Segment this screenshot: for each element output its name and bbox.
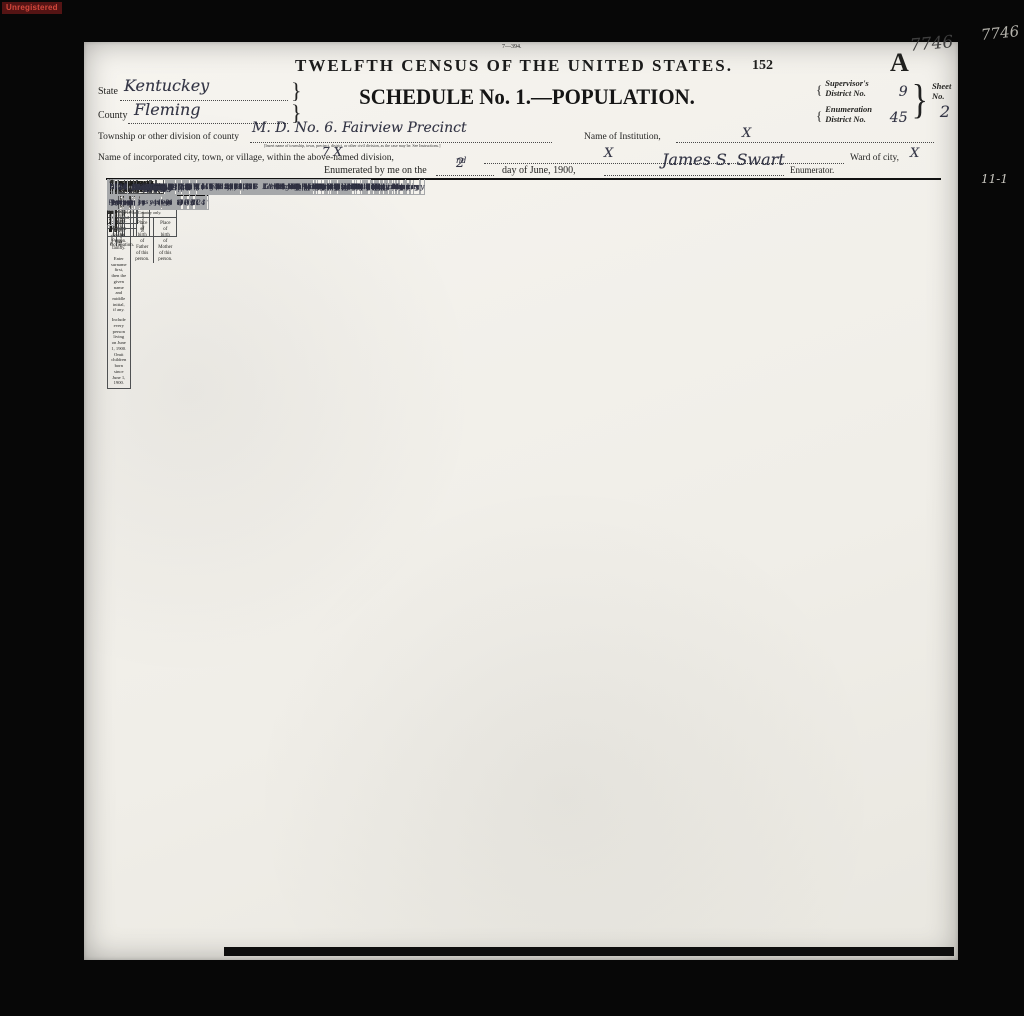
supervisor-district-value: 9 [899, 84, 908, 100]
institution-label: Name of Institution, [584, 132, 661, 142]
enumeration-district-value: 45 [890, 110, 908, 126]
ward-label: Ward of city, [850, 153, 899, 163]
brace-glyph: { [816, 108, 822, 124]
film-side-number: 11-1 [981, 172, 1008, 186]
father-birthplace-cell: Kentuckey [301, 180, 340, 195]
mother-birthplace-column-header: Place of birth of Mother of this person. [153, 218, 176, 263]
enumeration-district-label: Enumeration District No. [825, 104, 887, 124]
census-page-scan: 7746 7—394. TWELFTH CENSUS OF THE UNITED… [84, 42, 958, 960]
district-block: { Supervisor's District No. 9 { Enumerat… [816, 78, 958, 124]
blank-line [604, 174, 784, 176]
county-value: Fleming [134, 100, 201, 119]
ward-value: X [910, 146, 919, 161]
township-instruction-note: [Insert name of township, town, precinct… [264, 143, 564, 148]
viewer-background: { "badge": {"label": "Unregistered"}, "a… [0, 0, 1024, 1016]
township-label: Township or other division of county [98, 132, 239, 142]
enumerator-label: Enumerator. [790, 165, 834, 175]
row-number-right: 50 [107, 210, 115, 226]
enumerated-label: Enumerated by me on the [324, 165, 427, 176]
house-number-cell [107, 179, 109, 195]
naturalization-cell [107, 195, 109, 211]
brace-glyph: } [912, 78, 928, 124]
farm-schedule-number-cell [175, 195, 176, 210]
enumerator-signature: James S. Swart [662, 150, 785, 169]
schedule-title: SCHEDULE No. 1.—POPULATION. [323, 84, 732, 110]
blank-line [436, 174, 494, 176]
sex-cell: M [201, 180, 209, 195]
supervisor-district-label: Supervisor's District No. [825, 78, 895, 98]
can-speak-english-cell: yes [161, 195, 173, 210]
film-edge-number: 7746 [980, 22, 1020, 44]
city-value: X [604, 146, 613, 161]
mother-birthplace-cell: Virginia [340, 180, 370, 195]
sheet-number-value: 2 [940, 102, 950, 121]
state-value: Kentuckey [124, 76, 209, 95]
color-cell: W [192, 180, 200, 195]
form-code: 7—394. [502, 44, 522, 50]
relation-cell: Son [177, 180, 192, 195]
unregistered-watermark: Unregistered [2, 2, 62, 14]
brace-glyph: { [816, 82, 822, 98]
sheet-number-label: Sheet No. [932, 81, 958, 101]
county-label: County [98, 110, 127, 121]
township-value: M. D. No. 6. Fairview Precinct [252, 120, 467, 136]
city-label: Name of incorporated city, town, or vill… [98, 153, 394, 163]
birth-month-cell: Feb [209, 180, 223, 195]
can-read-cell: yes [137, 195, 149, 210]
blank-line [676, 141, 934, 143]
enumeration-day-suffix: nd [456, 156, 466, 165]
age-cell: 22 [243, 180, 253, 195]
enumeration-date-rest: day of June, 1900, [502, 165, 576, 176]
census-row: 50GeorgeSonWMFeb187822SKentuckeyKentucke… [107, 179, 371, 210]
page-number: 152 [752, 58, 773, 74]
name-cell: George [110, 180, 178, 195]
institution-value: X [742, 126, 751, 141]
can-write-cell: yes [149, 195, 161, 210]
name-desc: Include every person living on June 1, 1… [108, 315, 130, 388]
census-table: LOCATION. NAME of each person whose plac… [106, 178, 941, 180]
mother-birthplace-cell: Kentuckey [366, 180, 405, 195]
sheet-letter: A [890, 48, 909, 78]
page-title: TWELFTH CENSUS OF THE UNITED STATES. [224, 56, 804, 76]
occupation-cell: Farmer [108, 195, 136, 210]
page-corner-number: 7746 [909, 32, 954, 56]
scan-artifact-band [224, 947, 954, 956]
state-label: State [98, 86, 118, 97]
birth-year-cell: 1878 [223, 180, 242, 195]
birthplace-cell: Kentuckey [262, 180, 301, 195]
